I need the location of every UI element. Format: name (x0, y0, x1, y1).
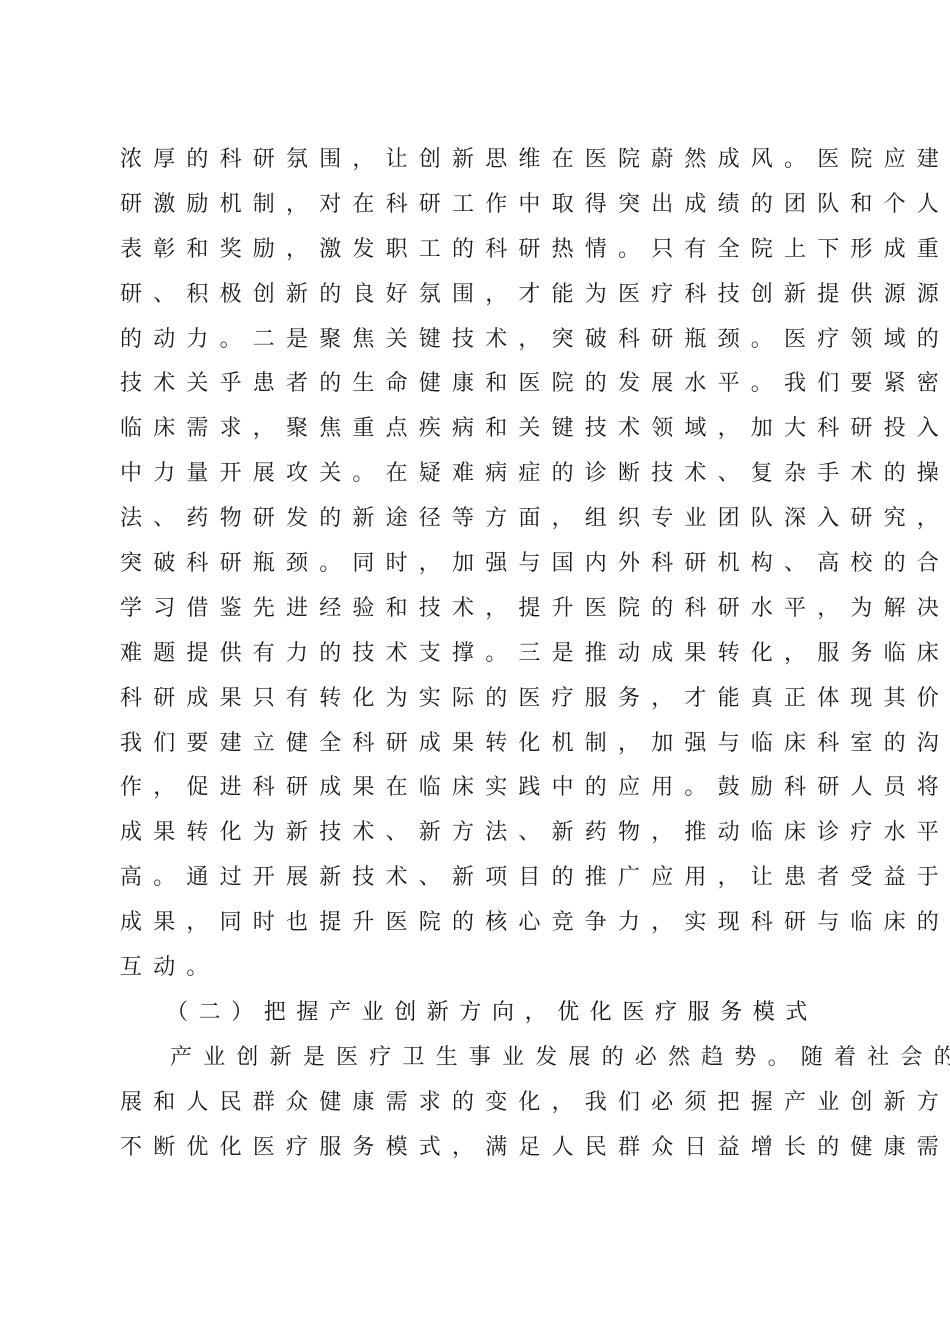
text-line: 科研成果只有转化为实际的医疗服务，才能真正体现其价值。 (120, 677, 840, 722)
text-line: 中力量开展攻关。在疑难病症的诊断技术、复杂手术的操作方 (120, 452, 840, 497)
paragraph-research-innovation: 浓厚的科研氛围，让创新思维在医院蔚然成风。医院应建立科 研激励机制，对在科研工作… (120, 138, 840, 991)
document-body: 浓厚的科研氛围，让创新思维在医院蔚然成风。医院应建立科 研激励机制，对在科研工作… (120, 138, 840, 1170)
text-line: 技术关乎患者的生命健康和医院的发展水平。我们要紧密围绕 (120, 362, 840, 407)
text-line: 成果转化为新技术、新方法、新药物，推动临床诊疗水平的提 (120, 811, 840, 856)
text-line: 难题提供有力的技术支撑。三是推动成果转化，服务临床实践。 (120, 632, 840, 677)
text-line: 成果，同时也提升医院的核心竞争力，实现科研与临床的良性 (120, 901, 840, 946)
section-heading: （二）把握产业创新方向，优化医疗服务模式 (120, 991, 840, 1036)
text-line: 展和人民群众健康需求的变化，我们必须把握产业创新方向， (120, 1081, 840, 1126)
text-line: 高。通过开展新技术、新项目的推广应用，让患者受益于科研 (120, 856, 840, 901)
text-line: 我们要建立健全科研成果转化机制，加强与临床科室的沟通协 (120, 722, 840, 767)
text-line: 法、药物研发的新途径等方面，组织专业团队深入研究，努力 (120, 497, 840, 542)
text-line: 浓厚的科研氛围，让创新思维在医院蔚然成风。医院应建立科 (120, 138, 840, 183)
text-line: 表彰和奖励，激发职工的科研热情。只有全院上下形成重视科 (120, 228, 840, 273)
paragraph-industry-innovation: 产业创新是医疗卫生事业发展的必然趋势。随着社会的发 展和人民群众健康需求的变化，… (120, 1036, 840, 1171)
text-line: 不断优化医疗服务模式，满足人民群众日益增长的健康需求。 (120, 1126, 840, 1171)
document-page: 浓厚的科研氛围，让创新思维在医院蔚然成风。医院应建立科 研激励机制，对在科研工作… (0, 0, 950, 1344)
text-line: 互动。 (120, 946, 840, 991)
text-line: 作，促进科研成果在临床实践中的应用。鼓励科研人员将研究 (120, 766, 840, 811)
text-line: 的动力。二是聚焦关键技术，突破科研瓶颈。医疗领域的关键 (120, 318, 840, 363)
text-line: 学习借鉴先进经验和技术，提升医院的科研水平，为解决临床 (120, 587, 840, 632)
text-line: 研激励机制，对在科研工作中取得突出成绩的团队和个人给予 (120, 183, 840, 228)
text-line: 研、积极创新的良好氛围，才能为医疗科技创新提供源源不断 (120, 273, 840, 318)
text-line: 突破科研瓶颈。同时，加强与国内外科研机构、高校的合作， (120, 542, 840, 587)
text-line: 临床需求，聚焦重点疾病和关键技术领域，加大科研投入，集 (120, 407, 840, 452)
text-line: 产业创新是医疗卫生事业发展的必然趋势。随着社会的发 (120, 1036, 840, 1081)
